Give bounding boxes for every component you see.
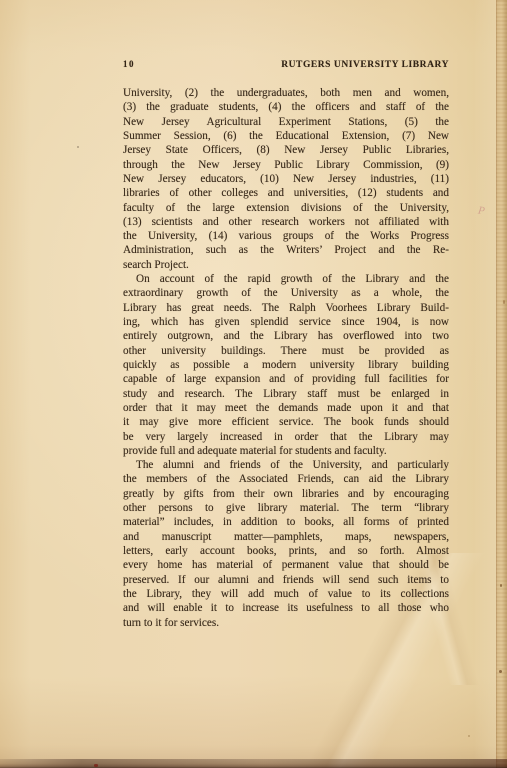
text-line: the Library, they will add much of value…	[123, 587, 449, 601]
text-line: quickly as possible a modern university …	[123, 358, 449, 372]
text-line: capable of large expansion and of provid…	[123, 372, 449, 386]
text-line: entirely outgrown, and the Library has o…	[123, 329, 449, 343]
text-line: search Project.	[123, 258, 449, 272]
text-line: Administration, such as the Writers’ Pro…	[123, 243, 449, 257]
text-line: On account of the rapid growth of the Li…	[123, 272, 449, 286]
foxing-speck	[503, 300, 505, 304]
page-number: 10	[123, 59, 135, 69]
foxing-speck	[499, 670, 502, 673]
text-line: provide full and adequate material for s…	[123, 444, 449, 458]
text-line: every home has material of permanent val…	[123, 558, 449, 572]
text-line: preserved. If our alumni and friends wil…	[123, 573, 449, 587]
text-line: New Jersey Agricultural Experiment Stati…	[123, 115, 449, 129]
text-line: order that it may meet the demands made …	[123, 401, 449, 415]
text-line: study and research. The Library staff mu…	[123, 387, 449, 401]
text-line: the University, (14) various groups of t…	[123, 229, 449, 243]
book-fore-edge	[496, 0, 507, 768]
text-line: University, (2) the undergraduates, both…	[123, 86, 449, 100]
text-line: faculty of the large extension divisions…	[123, 201, 449, 215]
body-text: University, (2) the undergraduates, both…	[123, 86, 449, 630]
text-line: through the New Jersey Public Library Co…	[123, 158, 449, 172]
text-line: Jersey State Officers, (8) New Jersey Pu…	[123, 143, 449, 157]
foxing-speck	[468, 735, 470, 737]
text-line: The alumni and friends of the University…	[123, 458, 449, 472]
text-line: other persons to give library material. …	[123, 501, 449, 515]
text-line: the members of the Associated Friends, c…	[123, 472, 449, 486]
text-line: other university buildings. There must b…	[123, 344, 449, 358]
pencil-mark: P	[477, 205, 485, 218]
running-header-title: RUTGERS UNIVERSITY LIBRARY	[281, 60, 449, 70]
text-line: greatly by gifts from their own librarie…	[123, 487, 449, 501]
text-line: (13) scientists and other research worke…	[123, 215, 449, 229]
text-line: it may give more efficient service. The …	[123, 415, 449, 429]
text-line: Library has great needs. The Ralph Voorh…	[123, 301, 449, 315]
text-line: (3) the graduate students, (4) the offic…	[123, 100, 449, 114]
text-line: turn to it for services.	[123, 616, 449, 630]
book-page-scan: 10 RUTGERS UNIVERSITY LIBRARY University…	[0, 0, 507, 768]
text-line: and manuscript matter—pamphlets, maps, n…	[123, 530, 449, 544]
text-line: be very largely increased in order that …	[123, 430, 449, 444]
text-line: and will enable it to increase its usefu…	[123, 601, 449, 615]
text-line: letters, early account books, prints, an…	[123, 544, 449, 558]
running-header: 10 RUTGERS UNIVERSITY LIBRARY	[123, 59, 449, 70]
text-line: extraordinary growth of the University a…	[123, 286, 449, 300]
text-line: material” includes, in addition to books…	[123, 515, 449, 529]
book-bottom-edge	[0, 759, 507, 768]
foxing-speck	[500, 584, 502, 587]
foxing-speck	[94, 764, 98, 767]
foxing-speck	[77, 146, 79, 148]
text-line: New Jersey educators, (10) New Jersey in…	[123, 172, 449, 186]
text-line: libraries of other colleges and universi…	[123, 186, 449, 200]
text-line: ing, which has given splendid service si…	[123, 315, 449, 329]
text-line: Summer Session, (6) the Educational Exte…	[123, 129, 449, 143]
